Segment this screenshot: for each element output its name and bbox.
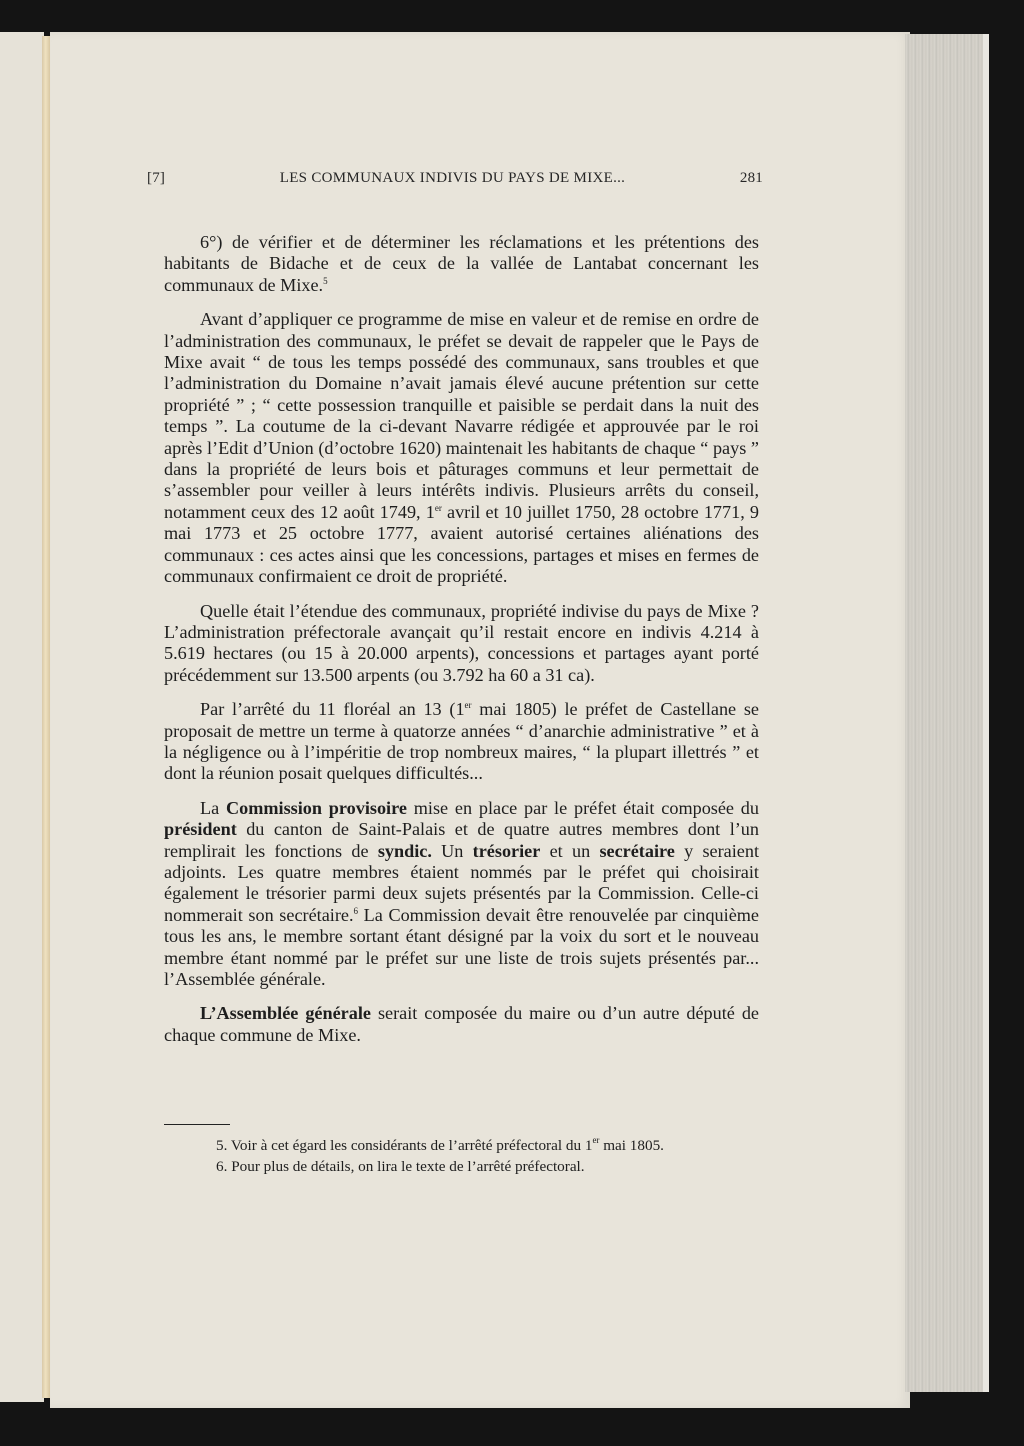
text-run: 6. Pour plus de détails, on lira le text… <box>216 1158 585 1175</box>
page-content: [7] LES COMMUNAUX INDIVIS DU PAYS DE MIX… <box>164 170 759 1177</box>
superscript: 5 <box>323 276 328 286</box>
superscript: er <box>435 503 442 513</box>
paragraph: Par l’arrêté du 11 floréal an 13 (1er ma… <box>164 699 759 785</box>
footnote-divider <box>164 1124 230 1125</box>
running-head: [7] LES COMMUNAUX INDIVIS DU PAYS DE MIX… <box>147 170 763 187</box>
text-run: mai 1805. <box>599 1137 664 1154</box>
facing-left-page <box>0 32 44 1402</box>
text-run: et un <box>540 841 599 861</box>
superscript: er <box>465 700 472 710</box>
text-run: 5. Voir à cet égard les considérants de … <box>216 1137 592 1154</box>
bold-term: Commission provisoire <box>226 798 407 818</box>
text-run: mise en place par le préfet était compos… <box>407 798 759 818</box>
bold-term: trésorier <box>473 841 541 861</box>
text-run: Avant d’appliquer ce programme de mise e… <box>164 309 759 522</box>
bold-term: secrétaire <box>599 841 674 861</box>
text-run: Par l’arrêté du 11 floréal an 13 (1 <box>200 699 465 719</box>
paragraph: La Commission provisoire mise en place p… <box>164 798 759 991</box>
paragraph: L’Assemblée générale serait composée du … <box>164 1003 759 1046</box>
running-title: LES COMMUNAUX INDIVIS DU PAYS DE MIXE... <box>280 170 626 187</box>
page-number: 281 <box>740 170 763 187</box>
body-text: 6°) de vérifier et de déterminer les réc… <box>164 232 759 1046</box>
paragraph: Quelle était l’étendue des communaux, pr… <box>164 601 759 687</box>
text-run: Un <box>432 841 473 861</box>
bold-term: L’Assemblée générale <box>200 1003 371 1023</box>
page-edges-stack <box>905 34 989 1392</box>
bold-term: président <box>164 819 237 839</box>
footnote: 5. Voir à cet égard les considérants de … <box>164 1135 759 1156</box>
section-number: [7] <box>147 170 165 187</box>
footnotes: 5. Voir à cet égard les considérants de … <box>164 1135 759 1177</box>
paragraph: 6°) de vérifier et de déterminer les réc… <box>164 232 759 296</box>
book-gutter <box>42 36 50 1398</box>
text-run: La <box>200 798 226 818</box>
text-run: 6°) de vérifier et de déterminer les réc… <box>164 232 759 295</box>
text-run: Quelle était l’étendue des communaux, pr… <box>164 601 759 685</box>
bold-term: syndic. <box>378 841 432 861</box>
footnote: 6. Pour plus de détails, on lira le text… <box>164 1156 759 1177</box>
paragraph: Avant d’appliquer ce programme de mise e… <box>164 309 759 587</box>
